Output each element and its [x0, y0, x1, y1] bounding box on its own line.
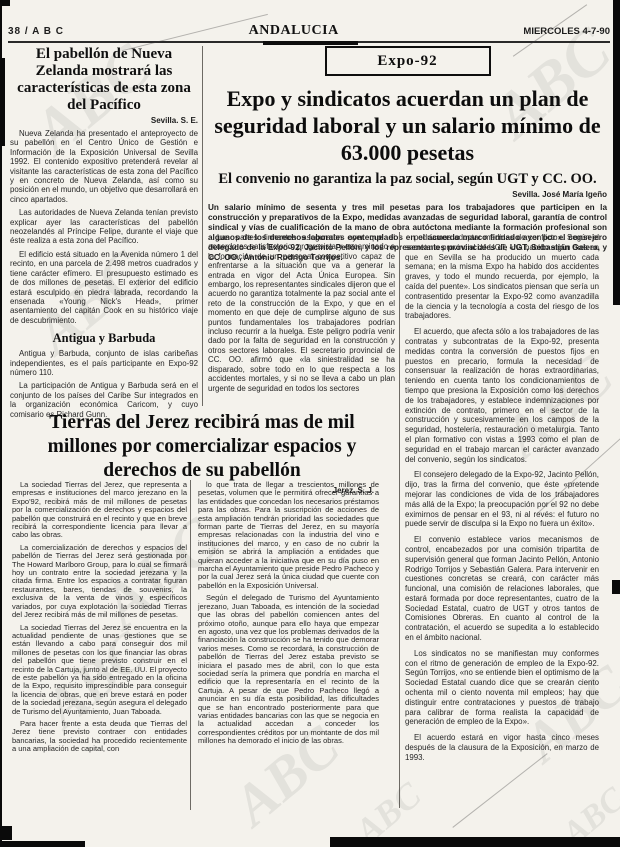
edition-date: MIERCOLES 4-7-90 — [523, 26, 610, 37]
scan-edge-right — [613, 0, 620, 305]
newspaper-page: 38 / A B C ANDALUCIA MIERCOLES 4-7-90 El… — [0, 0, 620, 847]
sidebar-paragraph: Las autoridades de Nueva Zelanda tenían … — [10, 208, 198, 246]
sidebar-byline: Sevilla. S. E. — [10, 116, 198, 125]
body-paragraph: Según el delegado de Turismo del Ayuntam… — [198, 594, 379, 745]
section-underline — [263, 41, 358, 45]
body-paragraph: Los sindicatos no se manifiestan muy con… — [405, 649, 599, 727]
section-title: ANDALUCIA — [249, 23, 339, 39]
body-paragraph: Para hacer frente a esta deuda que Tierr… — [12, 720, 187, 754]
jerez-column-right: lo que trata de llegar a trescientos mil… — [198, 481, 379, 750]
sidebar-paragraph: Antigua y Barbuda, conjunto de islas car… — [10, 349, 198, 377]
column-divider — [202, 46, 203, 406]
scan-edge-bottom-left — [0, 841, 85, 847]
body-paragraph: El acuerdo, que afecta sólo a los trabaj… — [405, 327, 599, 464]
body-paragraph: La sociedad Tierras del Jerez se encuent… — [12, 624, 187, 716]
sidebar-headline: El pabellón de Nueva Zelanda mostrará la… — [10, 46, 198, 114]
kicker-box: Expo-92 — [325, 46, 491, 76]
scan-corner-mark — [0, 0, 10, 6]
body-paragraph: La sociedad Tierras del Jerez, que repre… — [12, 481, 187, 540]
body-paragraph: La comercialización de derechos y espaci… — [12, 544, 187, 620]
page-number: 38 / A B C — [8, 26, 64, 37]
body-paragraph: Las partes firmantes aseguraron ayer que… — [208, 233, 395, 393]
main-column-left: Las partes firmantes aseguraron ayer que… — [208, 233, 395, 397]
article-nueva-zelanda: El pabellón de Nueva Zelanda mostrará la… — [10, 46, 198, 423]
main-column-right: podríamos adoptar medidas de conflicto».… — [405, 233, 599, 769]
body-paragraph: El consejero delegado de la Expo-92, Jac… — [405, 470, 599, 529]
column-divider — [399, 232, 400, 808]
scan-edge-right-mark — [612, 580, 620, 594]
main-headline: Expo y sindicatos acuerdan un plan de se… — [208, 85, 607, 166]
body-paragraph: El acuerdo estará en vigor hasta cinco m… — [405, 733, 599, 762]
scan-edge-left-thick — [0, 58, 5, 146]
page-header: 38 / A B C ANDALUCIA MIERCOLES 4-7-90 — [8, 23, 610, 39]
scan-corner-bottom-left — [0, 826, 12, 840]
column-divider — [190, 480, 191, 810]
jerez-column-left: La sociedad Tierras del Jerez, que repre… — [12, 481, 187, 758]
sidebar-paragraph: Nueva Zelanda ha presentado el anteproye… — [10, 129, 198, 204]
abc-watermark: ABC — [347, 774, 429, 847]
main-byline: Sevilla. José María Igeño — [208, 190, 607, 199]
jerez-headline: Tierras del Jerez recibirá mas de mil mi… — [16, 411, 388, 483]
scan-edge-bottom-right — [330, 837, 620, 847]
body-paragraph: lo que trata de llegar a trescientos mil… — [198, 481, 379, 590]
main-deck: El convenio no garantiza la paz social, … — [208, 171, 607, 188]
body-paragraph: podríamos adoptar medidas de conflicto».… — [405, 233, 599, 321]
sidebar-subhead: Antigua y Barbuda — [10, 331, 198, 346]
article-expo-sindicatos: Expo-92 Expo y sindicatos acuerdan un pl… — [208, 46, 607, 263]
body-paragraph: El convenio establece varios mecanismos … — [405, 535, 599, 643]
sidebar-paragraph: El edificio está situado en la Avenida n… — [10, 250, 198, 325]
